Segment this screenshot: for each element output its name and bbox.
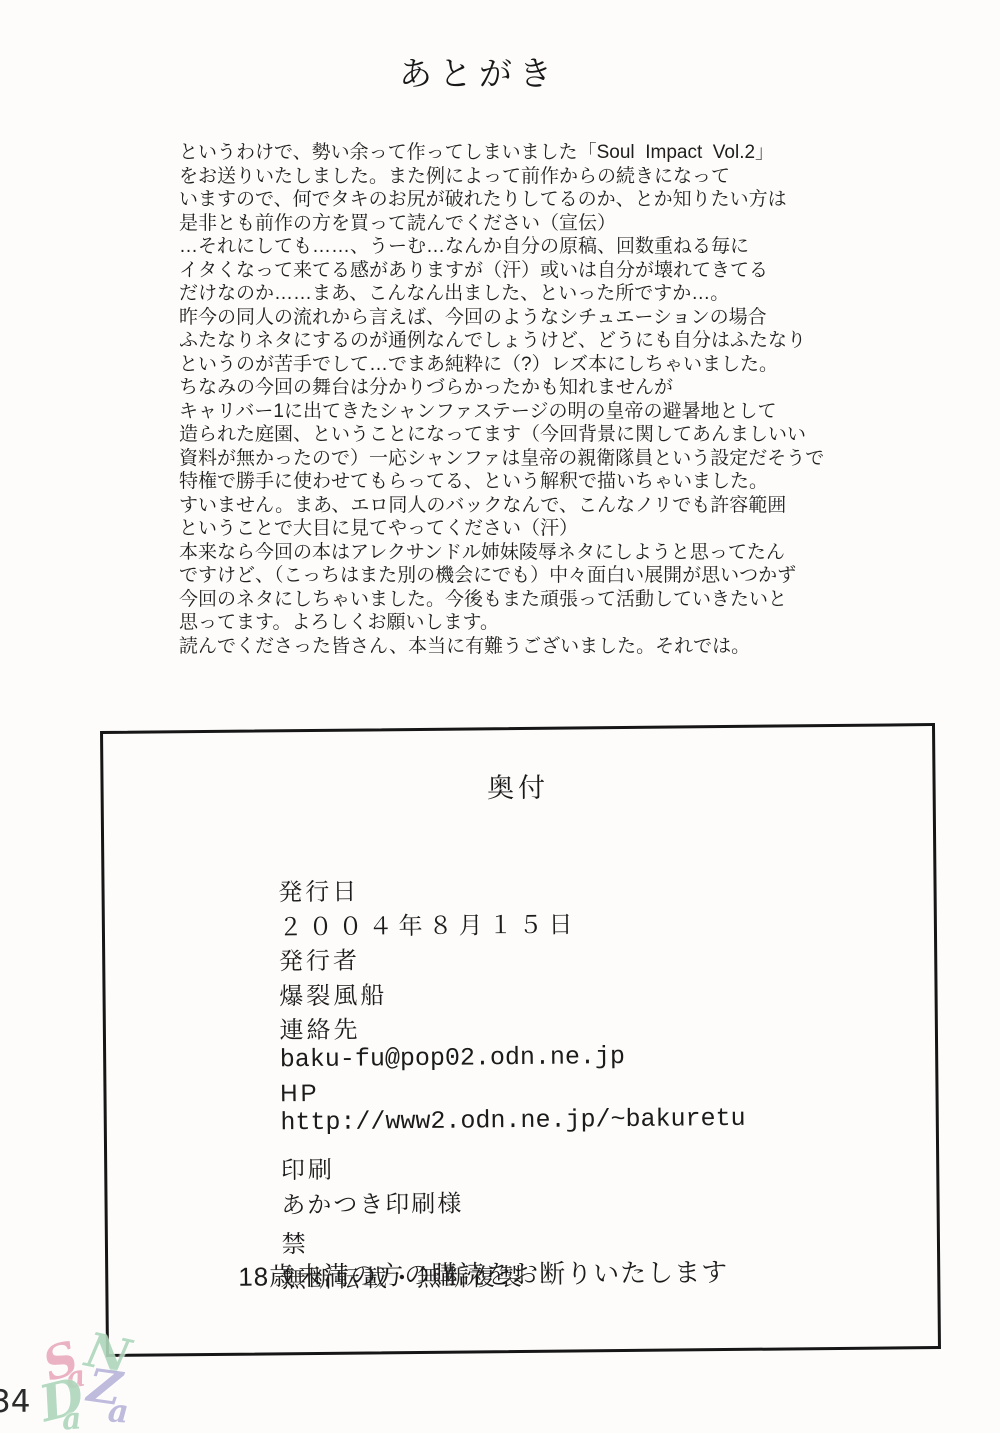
afterword-line: 今回のネタにしちゃいました。今後もまた頑張って活動していきたいと	[179, 588, 899, 612]
afterword-line: いますので、何でタキのお尻が破れたりしてるのか、とか知りたい方は	[179, 188, 899, 212]
afterword-line: 造られた庭園、ということになってます（今回背景に関してあんましいい	[179, 423, 899, 447]
colophon-row-label: HP	[280, 1079, 442, 1109]
afterword-line: ですけど、（こっちはまた別の機会にでも）中々面白い展開が思いつかず	[179, 564, 899, 588]
page-number: 34	[0, 1384, 30, 1420]
scanned-page: あとがき というわけで、勢い余って作ってしまいました「Soul Impact V…	[0, 0, 1000, 1433]
afterword-line: 特権で勝手に使わせてもらってる、という解釈で描いちゃいました。	[179, 470, 899, 494]
afterword-line: すいません。まあ、エロ同人のバックなんで、こんなノリでも許容範囲	[179, 494, 899, 518]
afterword-line: 本来なら今回の本はアレクサンドル姉妹陵辱ネタにしようと思ってたん	[179, 541, 899, 565]
colophon-row-label: 発行日	[278, 871, 440, 908]
watermark-letter: a	[63, 1359, 88, 1397]
afterword-line: というわけで、勢い余って作ってしまいました「Soul Impact Vol.2」	[179, 141, 899, 165]
afterword-line: イタくなって来てる感がありますが（汗）或いは自分が壊れてきてる	[179, 259, 899, 283]
afterword-line: 是非とも前作の方を買って読んでください（宣伝）	[179, 212, 899, 236]
afterword-line: ちなみの今回の舞台は分かりづらかったかも知れませんが	[179, 376, 899, 400]
afterword-line: だけなのか……まあ、こんなん出ました、といった所ですか…。	[179, 282, 899, 306]
colophon-row-label: 禁	[281, 1223, 366, 1259]
afterword-line: というのが苦手でして…でまあ純粋に（?）レズ本にしちゃいました。	[179, 353, 899, 377]
colophon-box: 奥付 発行日 ２００４年８月１５日 発行者 爆裂風船 連絡先 baku-fu@p…	[100, 723, 941, 1357]
watermark-letter: D	[34, 1366, 90, 1433]
afterword-line: をお送りいたしました。また例によって前作からの続きになって	[179, 165, 899, 189]
colophon-row-label: 印刷	[281, 1149, 443, 1186]
afterword-line: 資料が無かったので）一応シャンファは皇帝の親衛隊員という設定だそうで	[179, 447, 899, 471]
colophon-title: 奥付	[103, 762, 932, 809]
page-title: あとがき	[0, 48, 958, 95]
colophon-rows: 発行日 ２００４年８月１５日 発行者 爆裂風船 連絡先 baku-fu@pop0…	[103, 726, 932, 734]
colophon-row-label: 連絡先	[279, 1009, 441, 1046]
afterword-line: ふたなりネタにするのが通例なんでしょうけど、どうにも自分はふたなり	[179, 329, 899, 353]
afterword-line: ということで大目に見てやってください（汗）	[179, 517, 899, 541]
age-restriction-notice: 18歳未満の方の購読をお断りいたします	[238, 1252, 728, 1294]
watermark-letter: Z	[84, 1358, 125, 1416]
watermark-letter: S	[36, 1330, 84, 1392]
afterword-text: というわけで、勢い余って作ってしまいました「Soul Impact Vol.2」…	[179, 141, 899, 658]
colophon-row-label: 発行者	[279, 940, 441, 977]
afterword-line: キャリバー1に出てきたシャンファステージの明の皇帝の避暑地として	[179, 400, 899, 424]
afterword-line: …それにしても……、うーむ…なんか自分の原稿、回数重ねる毎に	[179, 235, 899, 259]
watermark-letter: a	[107, 1391, 130, 1430]
afterword-line: 読んでくださった皆さん、本当に有難うございました。それでは。	[179, 635, 899, 659]
watermark-letter: a	[61, 1401, 83, 1433]
afterword-line: 思ってます。よろしくお願いします。	[179, 611, 899, 635]
afterword-line: 昨今の同人の流れから言えば、今回のようなシチュエーションの場合	[179, 306, 899, 330]
